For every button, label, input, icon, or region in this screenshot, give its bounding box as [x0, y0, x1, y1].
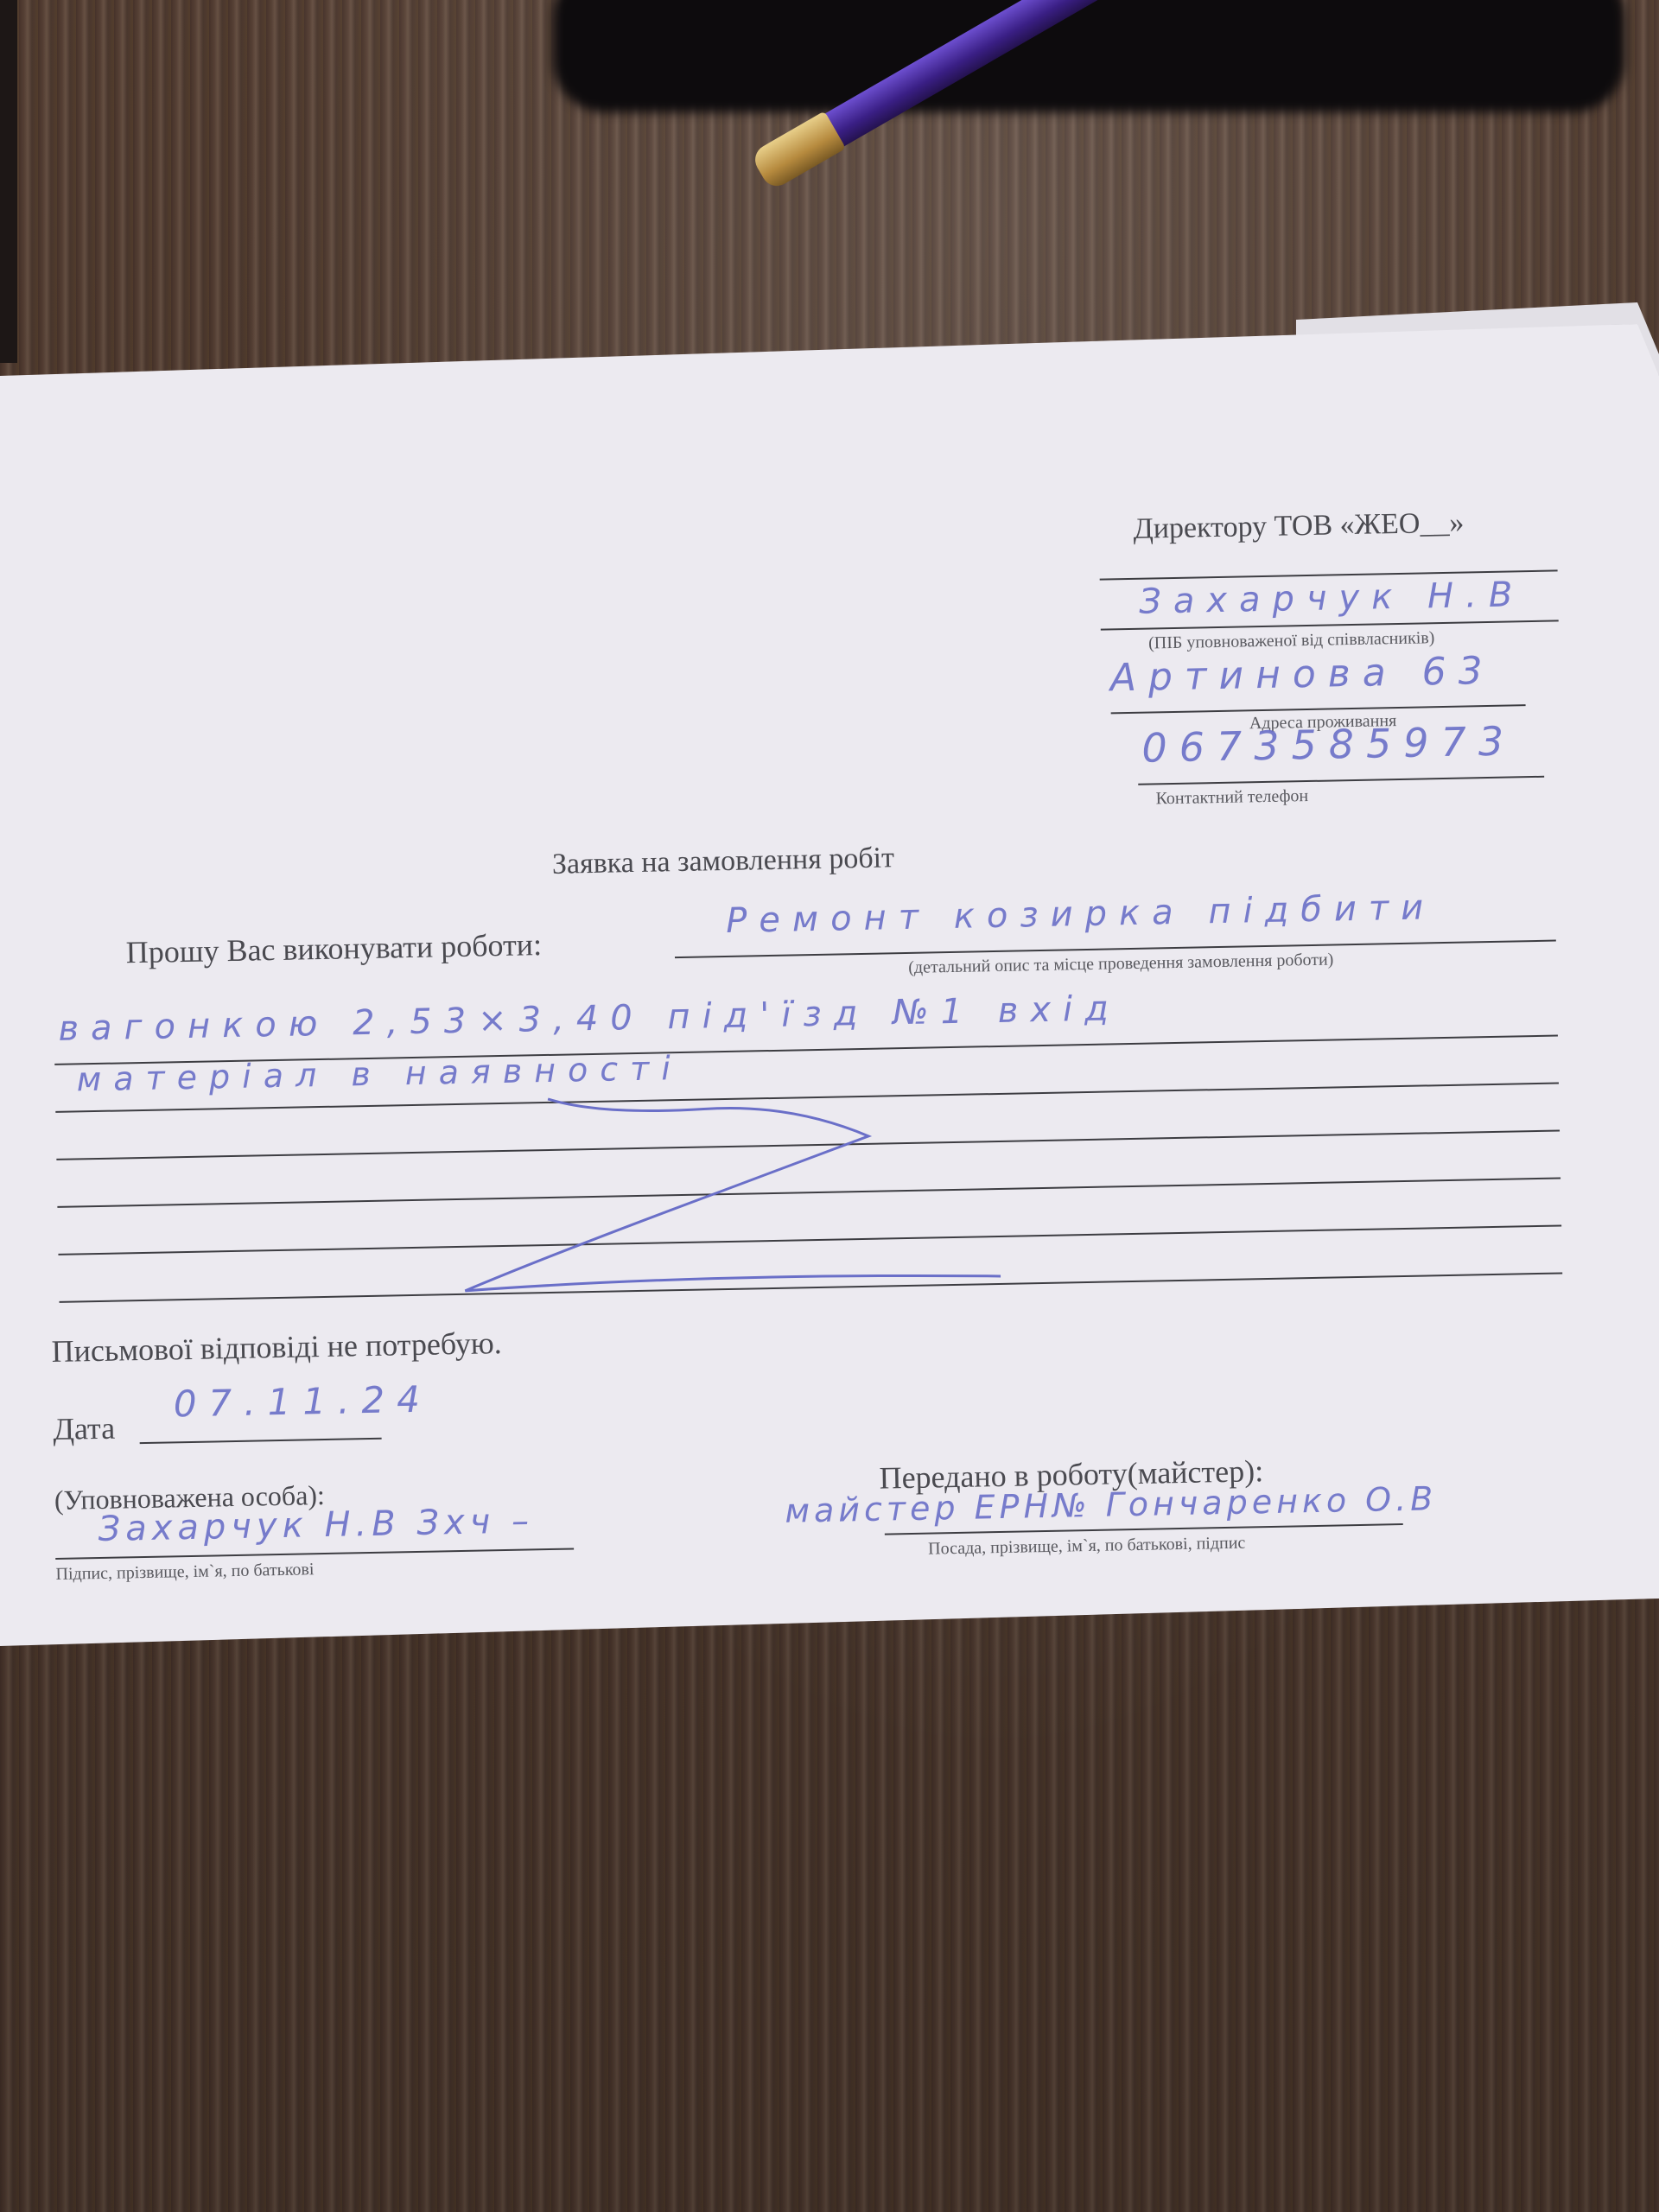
pen-cap-end [750, 111, 847, 191]
form-content: Директору ТОВ «ЖЕО__» Захарчук Н.В (ПІБ … [0, 309, 1659, 1663]
dark-object [553, 0, 1624, 112]
date-value: 07.11.24 [173, 1378, 432, 1426]
desk-edge [0, 0, 17, 363]
phone-caption: Контактний телефон [1155, 786, 1308, 809]
rule [140, 1438, 382, 1444]
address: Артинова 63 [1109, 649, 1495, 701]
request-caption: (детальний опис та місце проведення замо… [908, 950, 1334, 977]
rule [1101, 620, 1559, 630]
request-label: Прошу Вас виконувати роботи: [125, 926, 542, 970]
requester-name: Захарчук Н.В [1139, 575, 1525, 622]
date-label: Дата [53, 1410, 116, 1447]
handed-caption: Посада, прізвище, ім`я, по батькові, під… [928, 1534, 1246, 1560]
rule [55, 1548, 574, 1560]
authorized-signature: Захарчук Н.В Зхч – [98, 1501, 534, 1549]
phone: 0673585973 [1141, 717, 1516, 771]
form-title: Заявка на замовлення робіт [552, 842, 895, 881]
authorized-caption: Підпис, прізвище, ім`я, по батькові [55, 1560, 314, 1585]
rule [1138, 776, 1544, 785]
request-form-sheet: Директору ТОВ «ЖЕО__» Захарчук Н.В (ПІБ … [0, 324, 1659, 1646]
z-strike-mark [444, 1082, 1001, 1300]
addressee: Директору ТОВ «ЖЕО__» [1133, 506, 1465, 545]
request-line-2: вагонкою 2,53×3,40 під'їзд №1 вхід [58, 988, 1121, 1049]
request-line-1: Ремонт козирка підбити [726, 887, 1436, 941]
no-reply-note: Письмової відповіді не потребую. [51, 1325, 502, 1370]
